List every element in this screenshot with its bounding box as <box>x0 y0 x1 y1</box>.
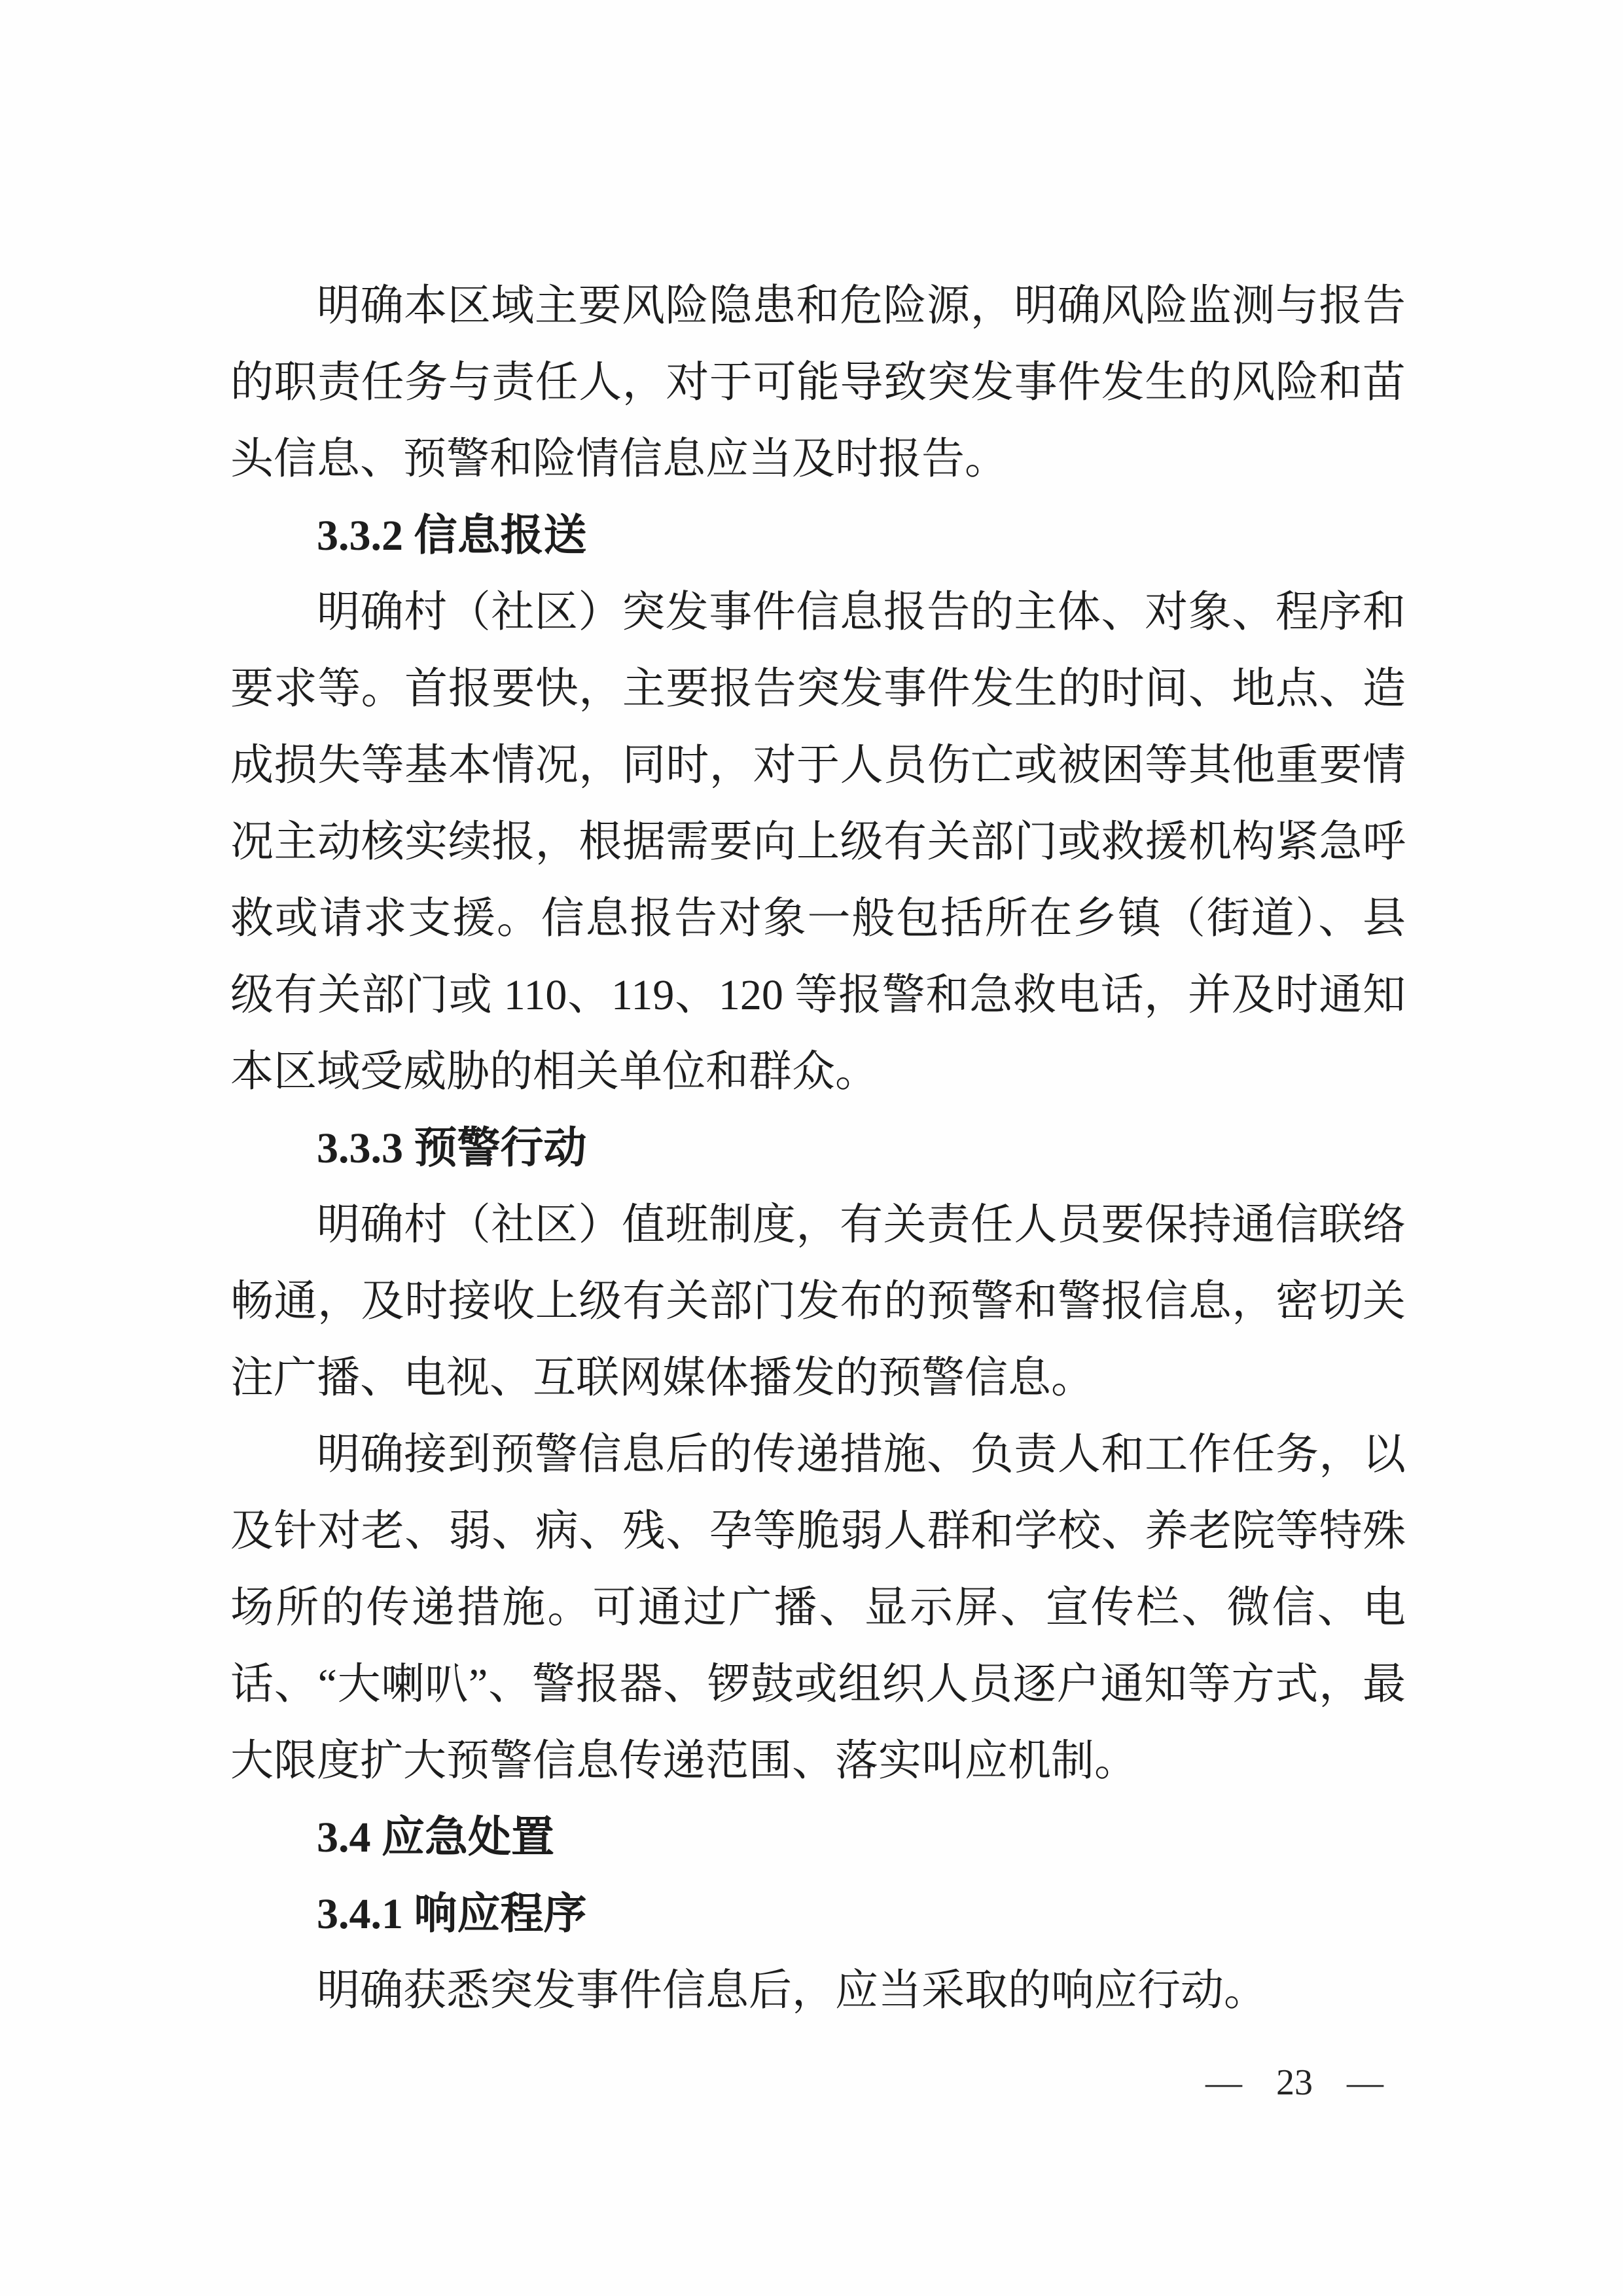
page-number: 23 <box>1276 2057 1313 2108</box>
body-paragraph: 明确村（社区）突发事件信息报告的主体、对象、程序和要求等。首报要快，主要报告突发… <box>230 574 1406 1110</box>
section-heading: 3.3.2 信息报送 <box>230 497 1406 574</box>
section-heading: 3.4.1 响应程序 <box>230 1876 1406 1952</box>
footer-dash-right: — <box>1347 2057 1383 2108</box>
section-heading: 3.4 应急处置 <box>230 1799 1406 1876</box>
body-paragraph: 明确村（社区）值班制度，有关责任人员要保持通信联络畅通，及时接收上级有关部门发布… <box>230 1187 1406 1416</box>
section-heading: 3.3.3 预警行动 <box>230 1110 1406 1187</box>
document-page: 明确本区域主要风险隐患和危险源，明确风险监测与报告的职责任务与责任人，对于可能导… <box>0 0 1623 2296</box>
footer-dash-left: — <box>1205 2057 1242 2108</box>
page-footer: — 23 — <box>1205 2057 1383 2108</box>
body-paragraph: 明确本区域主要风险隐患和危险源，明确风险监测与报告的职责任务与责任人，对于可能导… <box>230 268 1406 497</box>
body-paragraph: 明确获悉突发事件信息后，应当采取的响应行动。 <box>230 1952 1406 2029</box>
body-paragraph: 明确接到预警信息后的传递措施、负责人和工作任务，以及针对老、弱、病、残、孕等脆弱… <box>230 1416 1406 1799</box>
document-body: 明确本区域主要风险隐患和危险源，明确风险监测与报告的职责任务与责任人，对于可能导… <box>230 268 1406 2029</box>
